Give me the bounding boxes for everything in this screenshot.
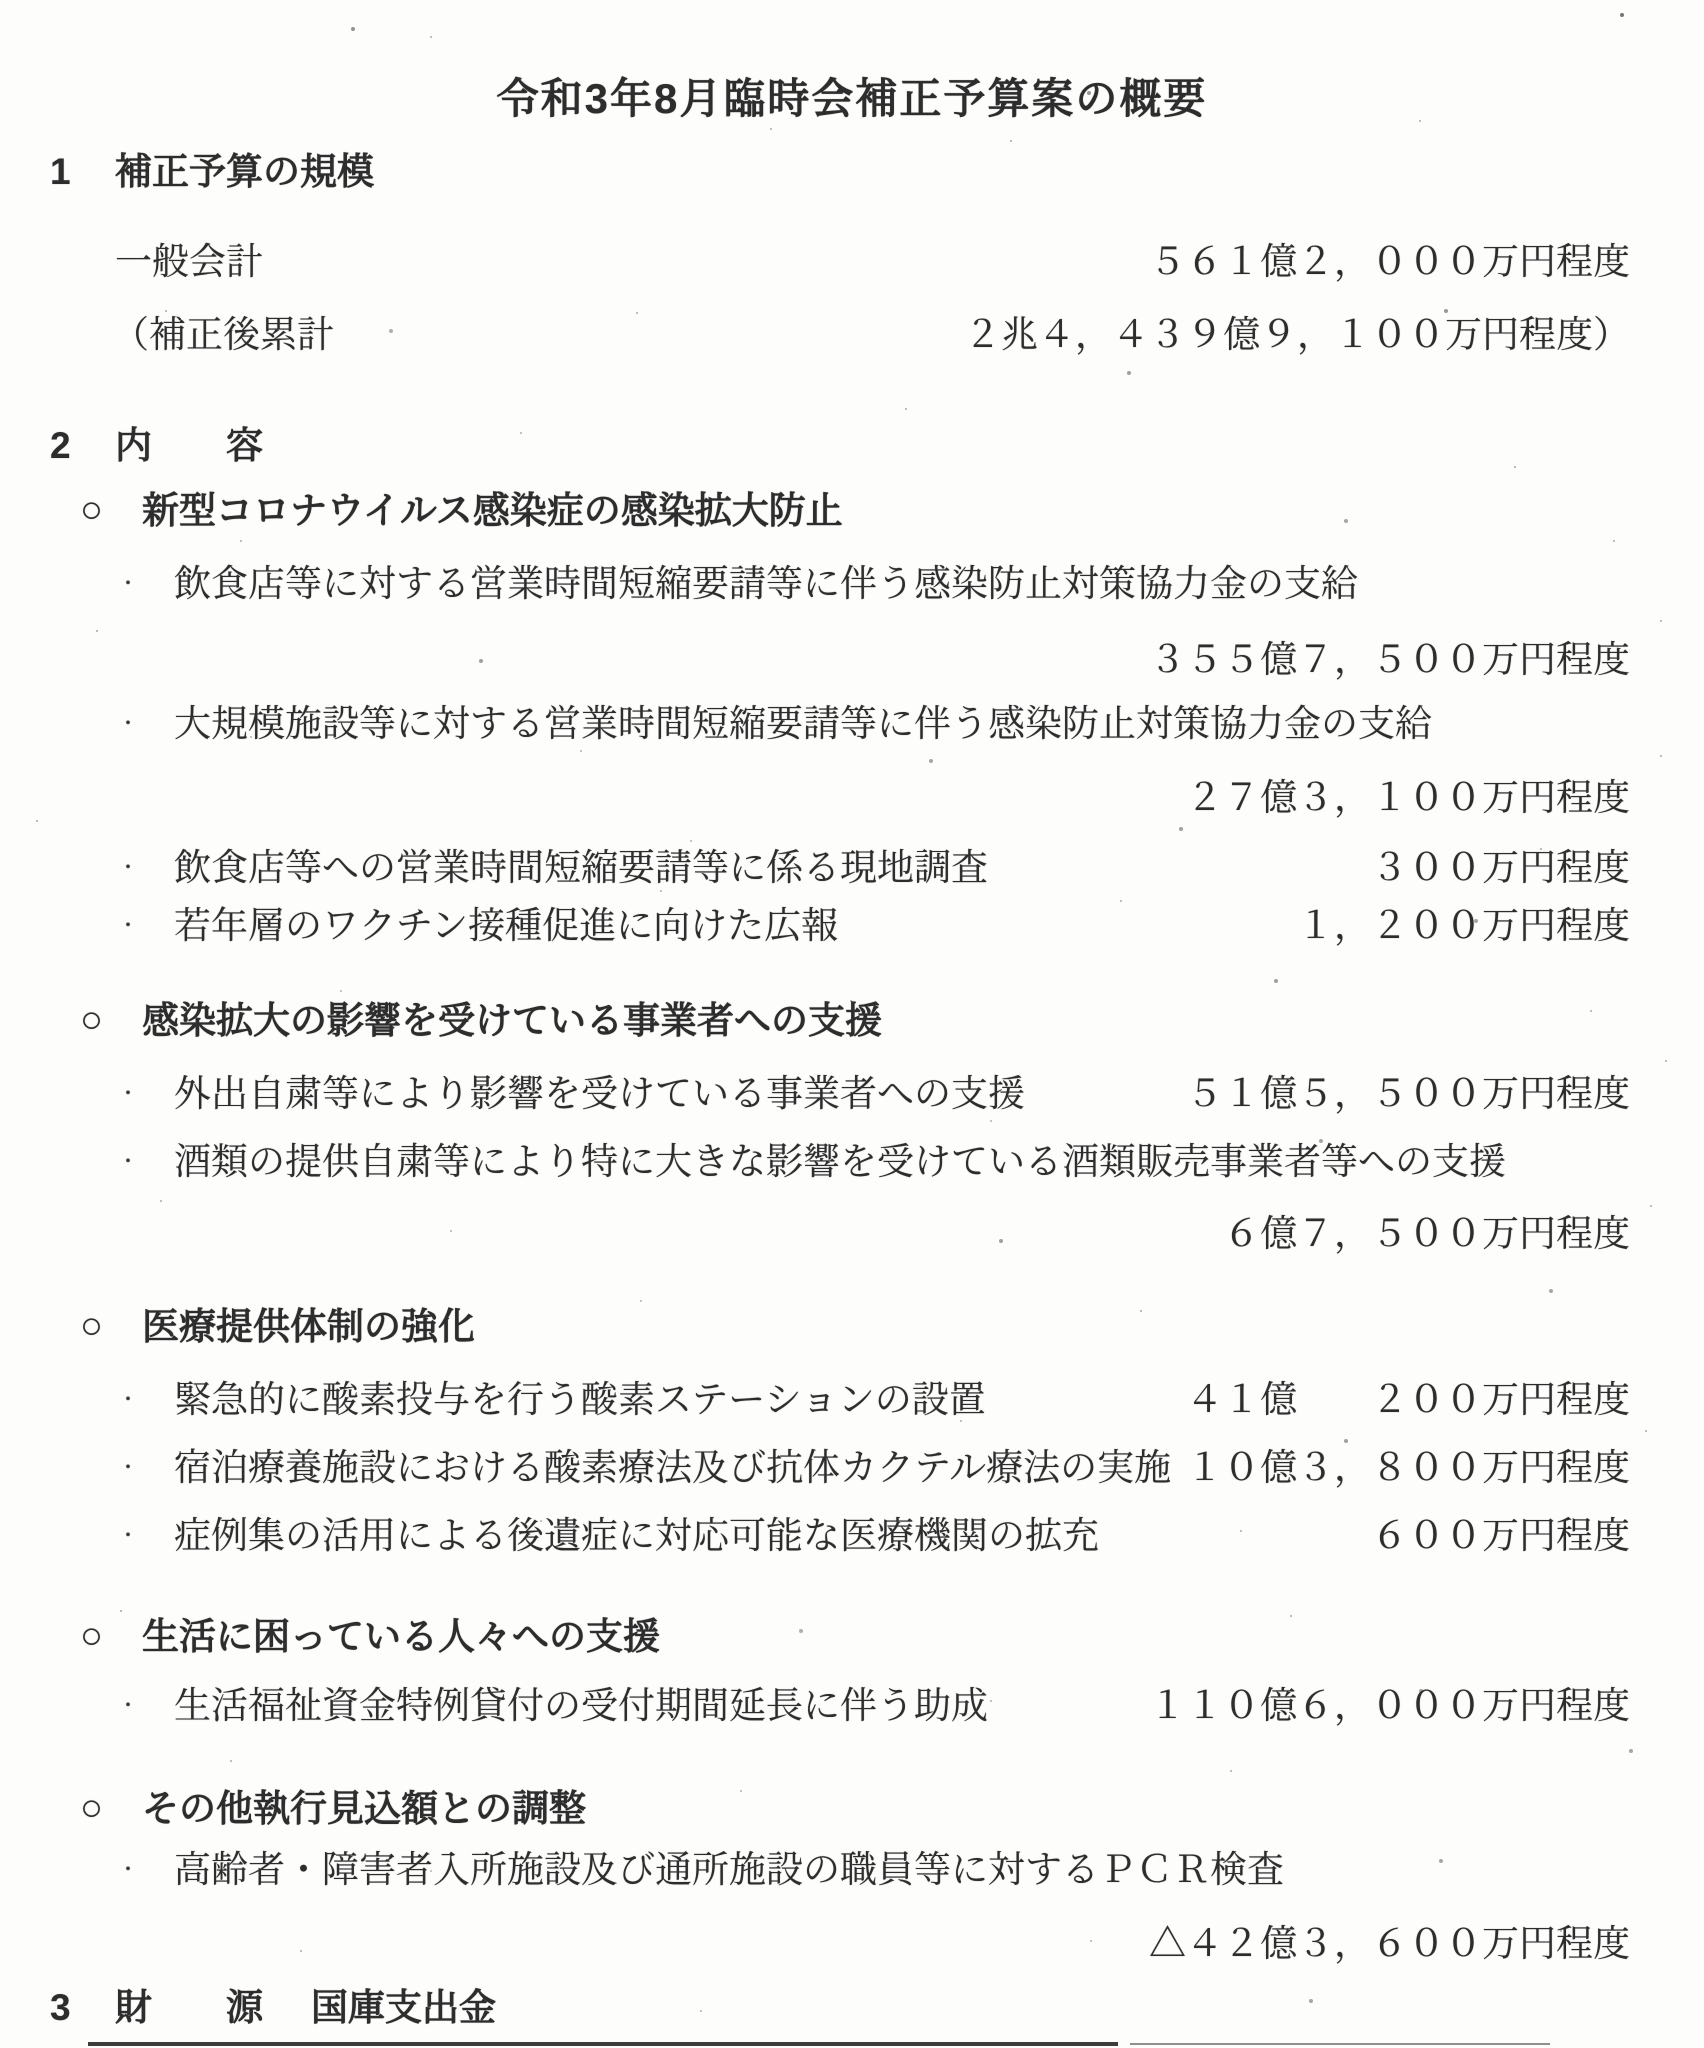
budget-item-amount: ３５５億７，５００万円程度 [1149,638,1630,682]
bullet-marker-icon: ・ [118,1858,174,1882]
post-amendment-total-row: （補正後累計 ２兆４，４３９億９，１００万円程度） [112,313,1630,357]
group-business-support-title: ○ 感染拡大の影響を受けている事業者への支援 [80,998,882,1044]
group-title-text: 新型コロナウイルス感染症の感染拡大防止 [142,489,843,533]
budget-item-text: 宿泊療養施設における酸素療法及び抗体カクテル療法の実施 [174,1446,1171,1490]
scan-edge-artifact [88,2042,1118,2046]
budget-item-amount: △４２億３，６００万円程度 [1149,1922,1630,1966]
bullet-marker-icon: ・ [118,1694,174,1718]
section-contents-heading: 2 内 容 [50,424,263,468]
budget-item-row: ・ 飲食店等への営業時間短縮要請等に係る現地調査 ３００万円程度 [118,846,1630,890]
section-scale-title: 補正予算の規模 [115,150,374,194]
budget-item-text: 緊急的に酸素投与を行う酸素ステーションの設置 [174,1378,986,1422]
budget-item-text: 症例集の活用による後遺症に対応可能な医療機関の拡充 [174,1514,1099,1558]
budget-item-row: ・ 酒類の提供自粛等により特に大きな影響を受けている酒類販売事業者等への支援 [118,1140,1630,1184]
group-title-text: 医療提供体制の強化 [142,1305,475,1349]
budget-item-row: ・ 大規模施設等に対する営業時間短縮要請等に伴う感染防止対策協力金の支給 [118,702,1630,746]
circle-marker-icon: ○ [80,998,142,1044]
funding-source-value: 国庫支出金 [311,1986,496,2030]
bullet-marker-icon: ・ [118,1524,174,1548]
budget-item-row: ・ 若年層のワクチン接種促進に向けた広報 １，２００万円程度 [118,904,1630,948]
budget-item-text: 大規模施設等に対する営業時間短縮要請等に伴う感染防止対策協力金の支給 [174,702,1432,746]
general-account-label: 一般会計 [115,240,263,284]
budget-item-row: ・ 緊急的に酸素投与を行う酸素ステーションの設置 ４１億 ２００万円程度 [118,1378,1630,1422]
group-adjustment-title: ○ その他執行見込額との調整 [80,1786,586,1832]
budget-item-text: 高齢者・障害者入所施設及び通所施設の職員等に対するＰＣＲ検査 [174,1848,1284,1892]
bullet-marker-icon: ・ [118,1456,174,1480]
circle-marker-icon: ○ [80,1786,142,1832]
section-scale-heading: 1 補正予算の規模 [50,150,374,194]
group-title-text: 生活に困っている人々への支援 [142,1615,660,1659]
budget-item-row: ・ 外出自粛等により影響を受けている事業者への支援 ５１億５，５００万円程度 [118,1072,1630,1116]
bullet-marker-icon: ・ [118,856,174,880]
section-funding-heading: 3 財 源 国庫支出金 [50,1986,496,2030]
bullet-marker-icon: ・ [118,914,174,938]
section-contents-title: 内 容 [115,424,263,468]
scan-edge-artifact-light [1130,2043,1550,2045]
budget-item-text: 外出自粛等により影響を受けている事業者への支援 [174,1072,1025,1116]
section-funding-title: 財 源 [115,1986,263,2030]
bullet-marker-icon: ・ [118,1082,174,1106]
circle-marker-icon: ○ [80,488,142,534]
scanned-budget-document: 令和3年8月臨時会補正予算案の概要 1 補正予算の規模 一般会計 ５６１億２，０… [0,0,1704,2048]
scan-noise-specks [0,0,2,2]
budget-item-amount: １０億３，８００万円程度 [1186,1446,1630,1490]
budget-item-amount: １１０億６，０００万円程度 [1149,1684,1630,1728]
group-title-text: その他執行見込額との調整 [142,1787,586,1831]
budget-item-text: 酒類の提供自粛等により特に大きな影響を受けている酒類販売事業者等への支援 [174,1140,1506,1184]
budget-item-text: 飲食店等への営業時間短縮要請等に係る現地調査 [174,846,988,890]
budget-item-row: ・ 症例集の活用による後遺症に対応可能な医療機関の拡充 ６００万円程度 [118,1514,1630,1558]
budget-item-amount: ４１億 ２００万円程度 [1186,1378,1630,1422]
circle-marker-icon: ○ [80,1614,142,1660]
general-account-row: 一般会計 ５６１億２，０００万円程度 [115,240,1630,284]
bullet-marker-icon: ・ [118,712,174,736]
budget-item-amount: １，２００万円程度 [1297,904,1630,948]
section-scale-number: 1 [50,150,115,194]
group-medical-system-title: ○ 医療提供体制の強化 [80,1304,475,1350]
post-amendment-total-label: （補正後累計 [112,313,334,357]
group-infection-prevention-title: ○ 新型コロナウイルス感染症の感染拡大防止 [80,488,843,534]
post-amendment-total-amount: ２兆４，４３９億９，１００万円程度） [964,313,1630,357]
general-account-amount: ５６１億２，０００万円程度 [1149,240,1630,284]
section-contents-number: 2 [50,424,115,468]
document-title: 令和3年8月臨時会補正予算案の概要 [0,74,1704,124]
budget-item-text: 若年層のワクチン接種促進に向けた広報 [174,904,838,948]
section-funding-number: 3 [50,1986,115,2030]
bullet-marker-icon: ・ [118,1388,174,1412]
budget-item-amount: ５１億５，５００万円程度 [1186,1072,1630,1116]
budget-item-row: ・ 高齢者・障害者入所施設及び通所施設の職員等に対するＰＣＲ検査 [118,1848,1630,1892]
group-title-text: 感染拡大の影響を受けている事業者への支援 [142,999,882,1043]
bullet-marker-icon: ・ [118,572,174,596]
budget-item-row: ・ 生活福祉資金特例貸付の受付期間延長に伴う助成 １１０億６，０００万円程度 [118,1684,1630,1728]
circle-marker-icon: ○ [80,1304,142,1350]
bullet-marker-icon: ・ [118,1150,174,1174]
budget-item-amount: ６億７，５００万円程度 [1223,1212,1630,1256]
budget-item-row: ・ 宿泊療養施設における酸素療法及び抗体カクテル療法の実施 １０億３，８００万円… [118,1446,1630,1490]
budget-item-text: 生活福祉資金特例貸付の受付期間延長に伴う助成 [174,1684,988,1728]
budget-item-amount: ６００万円程度 [1371,1514,1630,1558]
budget-item-amount: ２７億３，１００万円程度 [1186,776,1630,820]
budget-item-text: 飲食店等に対する営業時間短縮要請等に伴う感染防止対策協力金の支給 [174,562,1358,606]
group-livelihood-support-title: ○ 生活に困っている人々への支援 [80,1614,660,1660]
budget-item-amount: ３００万円程度 [1371,846,1630,890]
budget-item-row: ・ 飲食店等に対する営業時間短縮要請等に伴う感染防止対策協力金の支給 [118,562,1630,606]
